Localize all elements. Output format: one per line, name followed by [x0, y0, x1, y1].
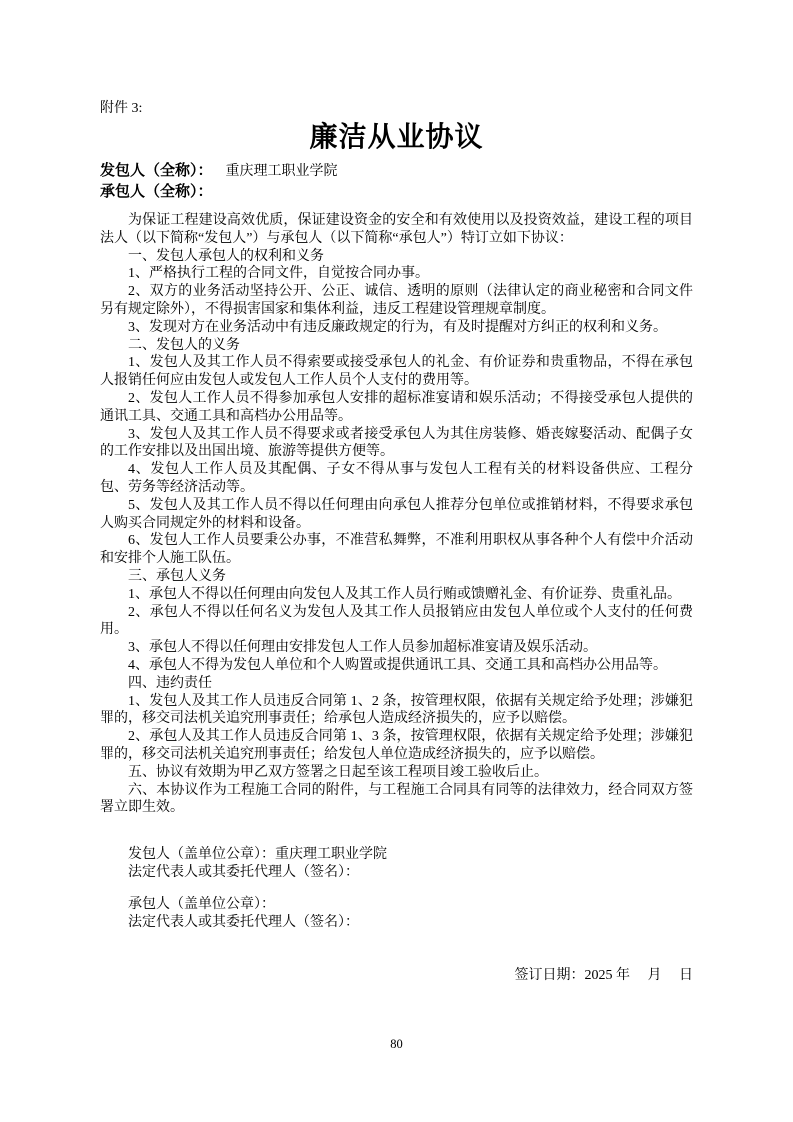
agreement-paragraph: 2、双方的业务活动坚持公开、公正、诚信、透明的原则（法律认定的商业秘密和合同文件…	[100, 283, 693, 319]
signing-date: 签订日期：2025 年 月 日	[100, 967, 693, 985]
employer-seal-label: 发包人（盖单位公章）：	[128, 847, 275, 862]
page-title: 廉洁从业协议	[100, 122, 693, 154]
employer-value: 重庆理工职业学院	[226, 164, 338, 179]
agreement-paragraph: 1、发包人及其工作人员违反合同第 1、2 条，按管理权限，依据有关规定给予处理；…	[100, 693, 693, 729]
agreement-paragraph: 1、承包人不得以任何理由向发包人及其工作人员行贿或馈赠礼金、有价证券、贵重礼品。	[100, 586, 693, 604]
agreement-paragraph: 3、发现对方在业务活动中有违反廉政规定的行为，有及时提醒对方纠正的权利和义务。	[100, 319, 693, 337]
contractor-label: 承包人（全称）：	[100, 184, 213, 200]
agreement-body: 为保证工程建设高效优质，保证建设资金的安全和有效使用以及投资效益，建设工程的项目…	[100, 212, 693, 817]
agreement-paragraph: 三、承包人义务	[100, 568, 693, 586]
employer-representative-line: 法定代表人或其委托代理人（签名）：	[128, 864, 693, 882]
agreement-paragraph: 3、发包人及其工作人员不得要求或者接受承包人为其住房装修、婚丧嫁娶活动、配偶子女…	[100, 426, 693, 462]
agreement-paragraph: 2、发包人工作人员不得参加承包人安排的超标准宴请和娱乐活动；不得接受承包人提供的…	[100, 390, 693, 426]
agreement-paragraph: 2、承包人不得以任何名义为发包人及其工作人员报销应由发包人单位或个人支付的任何费…	[100, 604, 693, 640]
agreement-paragraph: 6、发包人工作人员要秉公办事，不准营私舞弊，不准利用职权从事各种个人有偿中介活动…	[100, 532, 693, 568]
agreement-paragraph: 2、承包人及其工作人员违反合同第 1、3 条，按管理权限，依据有关规定给予处理；…	[100, 728, 693, 764]
contractor-seal-line: 承包人（盖单位公章）：	[128, 896, 693, 914]
attachment-label: 附件 3:	[100, 100, 693, 118]
agreement-paragraph: 1、严格执行工程的合同文件，自觉按合同办事。	[100, 265, 693, 283]
agreement-paragraph: 为保证工程建设高效优质，保证建设资金的安全和有效使用以及投资效益，建设工程的项目…	[100, 212, 693, 248]
agreement-paragraph: 4、发包人工作人员及其配偶、子女不得从事与发包人工程有关的材料设备供应、工程分包…	[100, 461, 693, 497]
agreement-paragraph: 1、发包人及其工作人员不得索要或接受承包人的礼金、有价证券和贵重物品，不得在承包…	[100, 354, 693, 390]
contractor-representative-line: 法定代表人或其委托代理人（签名）：	[128, 914, 693, 932]
employer-label: 发包人（全称）：	[100, 163, 213, 179]
agreement-paragraph: 二、发包人的义务	[100, 337, 693, 355]
agreement-paragraph: 一、发包人承包人的权利和义务	[100, 248, 693, 266]
document-page: 附件 3: 廉洁从业协议 发包人（全称）：重庆理工职业学院 承包人（全称）： 为…	[0, 0, 793, 1122]
agreement-paragraph: 四、违约责任	[100, 675, 693, 693]
signature-spacer	[128, 882, 693, 896]
agreement-paragraph: 六、本协议作为工程施工合同的附件，与工程施工合同具有同等的法律效力，经合同双方签…	[100, 782, 693, 818]
page-number: 80	[0, 1036, 793, 1052]
signature-section: 发包人（盖单位公章）：重庆理工职业学院 法定代表人或其委托代理人（签名）： 承包…	[128, 846, 693, 932]
employer-seal-line: 发包人（盖单位公章）：重庆理工职业学院	[128, 846, 693, 864]
agreement-paragraph: 4、承包人不得为发包人单位和个人购置或提供通讯工具、交通工具和高档办公用品等。	[100, 657, 693, 675]
employer-seal-value: 重庆理工职业学院	[275, 847, 387, 862]
agreement-paragraph: 3、承包人不得以任何理由安排发包人工作人员参加超标准宴请及娱乐活动。	[100, 639, 693, 657]
agreement-paragraph: 5、发包人及其工作人员不得以任何理由向承包人推荐分包单位或推销材料，不得要求承包…	[100, 497, 693, 533]
contractor-line: 承包人（全称）：	[100, 182, 693, 203]
agreement-paragraph: 五、协议有效期为甲乙双方签署之日起至该工程项目竣工验收后止。	[100, 764, 693, 782]
parties-section: 发包人（全称）：重庆理工职业学院 承包人（全称）：	[100, 161, 693, 203]
employer-line: 发包人（全称）：重庆理工职业学院	[100, 161, 693, 182]
